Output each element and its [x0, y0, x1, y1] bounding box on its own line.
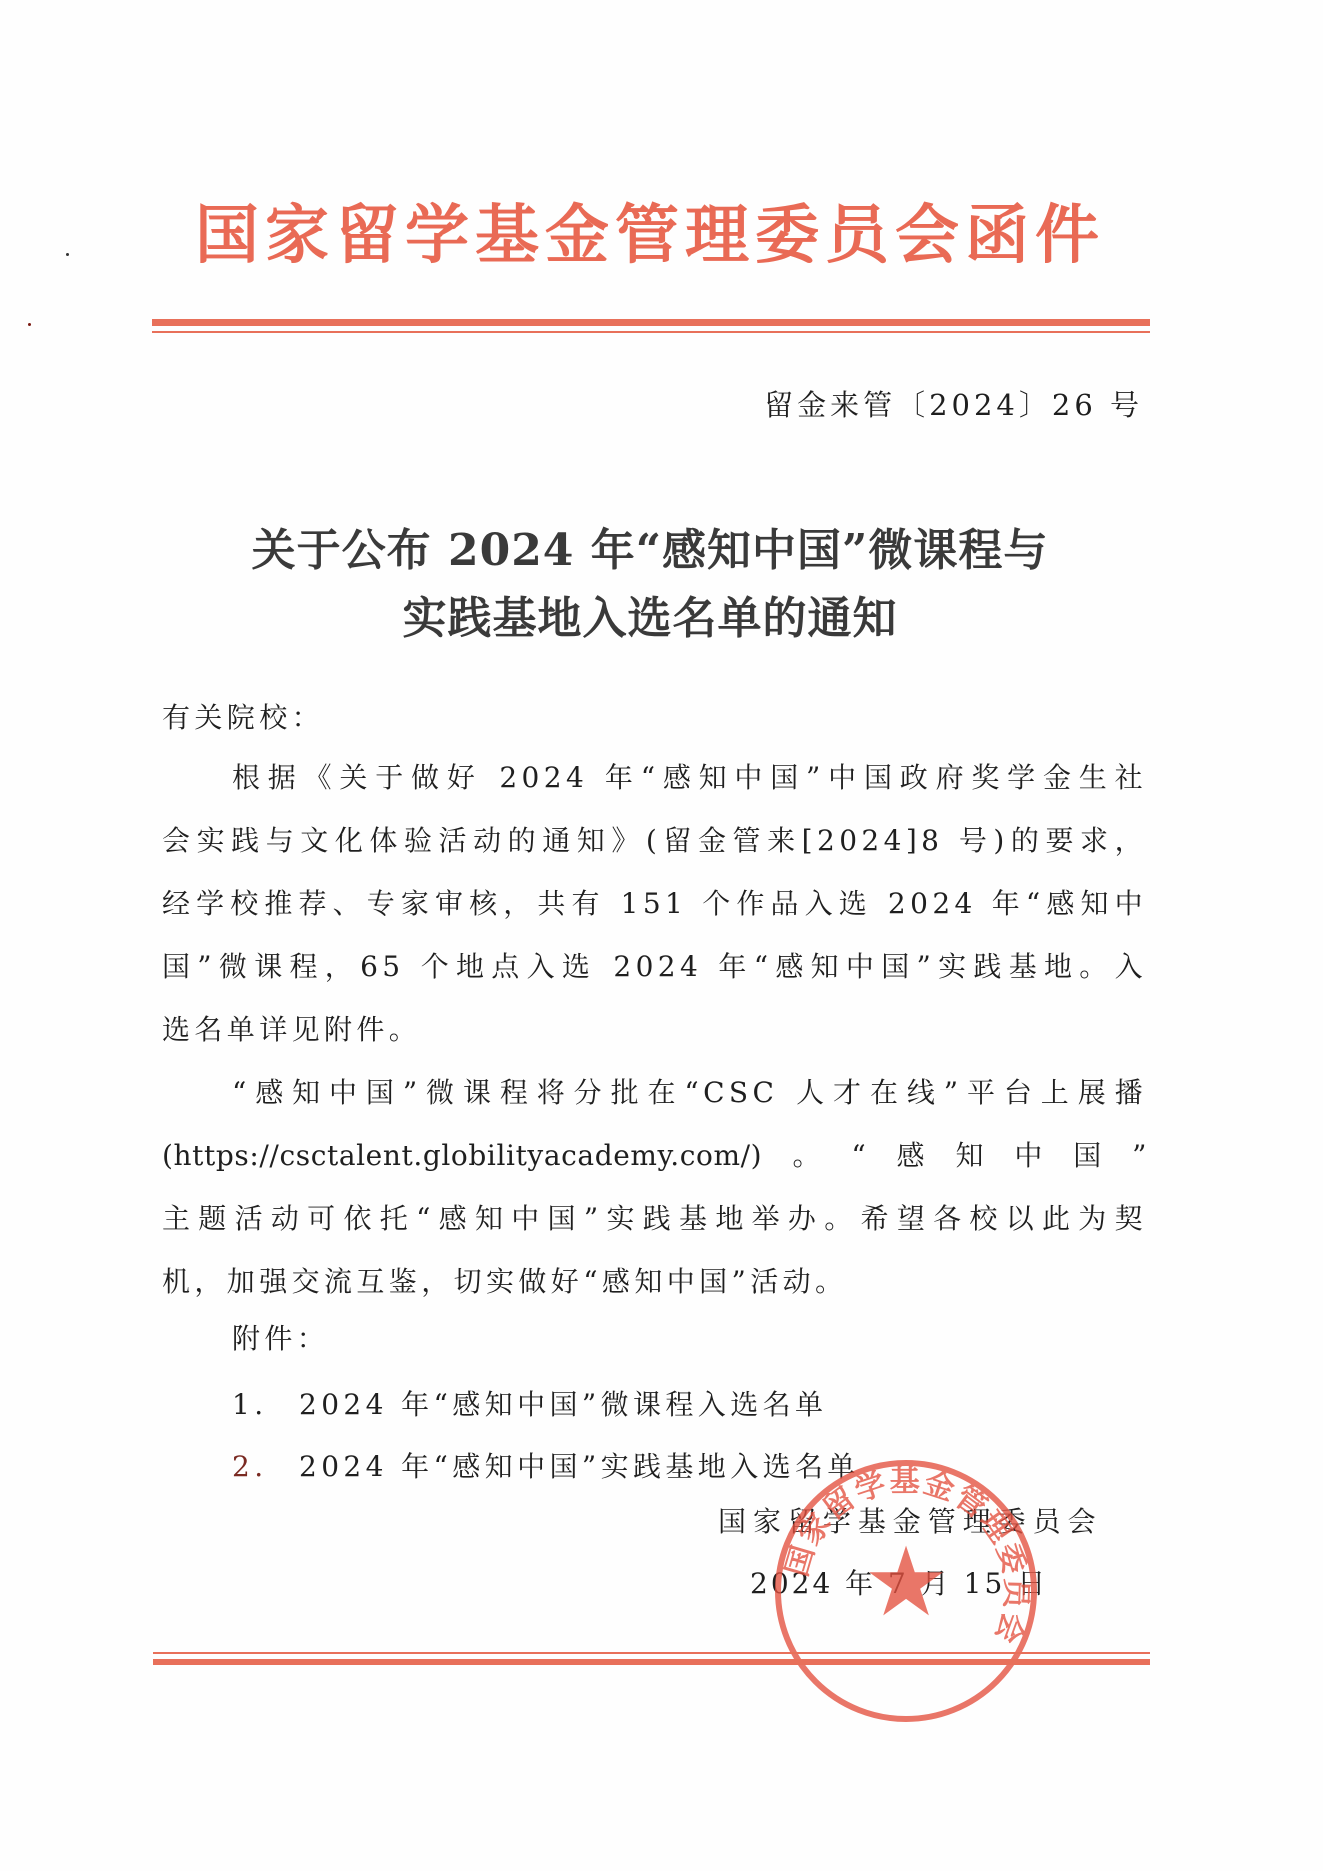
footer-rule-thin — [153, 1652, 1150, 1654]
scan-speck — [66, 253, 69, 256]
paragraph1-line: 经学校推荐、专家审核，共有 151 个作品入选 2024 年“感知中 — [162, 884, 1147, 924]
notice-title-line2: 实践基地入选名单的通知 — [150, 589, 1150, 649]
notice-title-line1: 关于公布 2024 年“感知中国”微课程与 — [150, 521, 1150, 581]
document-page: 国家留学基金管理委员会函件 留金来管〔2024〕26 号 关于公布 2024 年… — [0, 0, 1323, 1871]
letterhead-rule-thick — [152, 319, 1150, 326]
letterhead-rule-thin — [152, 331, 1150, 333]
official-seal-icon: 国家留学基金管理委员会 ★ — [770, 1455, 1042, 1727]
paragraph2-line: “感知中国”微课程将分批在“CSC 人才在线”平台上展播 — [232, 1073, 1147, 1113]
seal-star-icon: ★ — [863, 1526, 949, 1638]
paragraph2-line-url: (https://csctalent.globilityacademy.com/… — [162, 1136, 1147, 1176]
attachments-label: 附件： — [232, 1319, 1147, 1359]
salutation: 有关院校： — [162, 698, 1147, 738]
paragraph2-line: 机，加强交流互鉴，切实做好“感知中国”活动。 — [162, 1262, 1147, 1302]
paragraph1-line: 选名单详见附件。 — [162, 1010, 1147, 1050]
footer-rule-thick — [153, 1659, 1150, 1665]
attachment-2-number: 2. — [232, 1447, 268, 1487]
paragraph1-line: 国”微课程，65 个地点入选 2024 年“感知中国”实践基地。入 — [162, 947, 1147, 987]
scan-speck — [28, 323, 31, 326]
attachment-1-title: 2024 年“感知中国”微课程入选名单 — [299, 1385, 827, 1425]
paragraph1-line: 根据《关于做好 2024 年“感知中国”中国政府奖学金生社 — [232, 758, 1147, 798]
attachment-1-number: 1. — [232, 1385, 268, 1425]
letterhead-title: 国家留学基金管理委员会函件 — [150, 196, 1150, 276]
document-number: 留金来管〔2024〕26 号 — [764, 386, 1143, 424]
paragraph1-line: 会实践与文化体验活动的通知》(留金管来[2024]8 号)的要求， — [162, 821, 1147, 861]
paragraph2-line: 主题活动可依托“感知中国”实践基地举办。希望各校以此为契 — [162, 1199, 1147, 1239]
